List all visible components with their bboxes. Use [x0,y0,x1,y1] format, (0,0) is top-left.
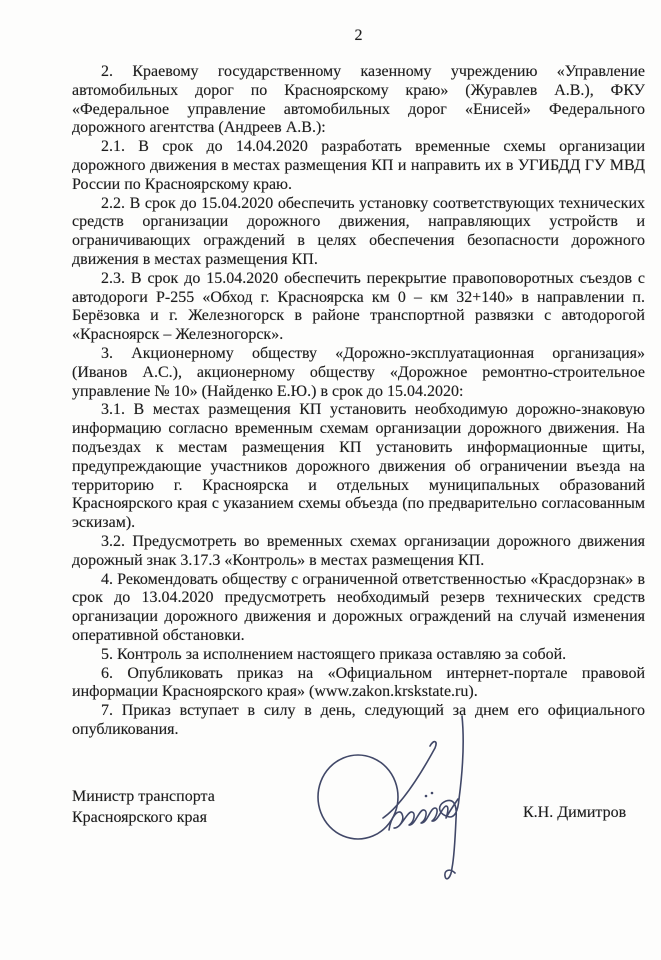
paragraph-5: 5. Контроль за исполнением настоящего пр… [72,646,645,665]
paragraph-4: 4. Рекомендовать обществу с ограниченной… [72,571,645,646]
document-page: 2 2. Краевому государственному казенному… [0,0,661,960]
minister-title-line1: Министр транспорта [72,786,215,807]
paragraph-2-3: 2.3. В срок до 15.04.2020 обеспечить пер… [72,270,645,345]
paragraph-6: 6. Опубликовать приказ на «Официальном и… [72,665,645,703]
paragraph-3-1: 3.1. В местах размещения КП установить н… [72,401,645,533]
paragraph-3-2: 3.2. Предусмотреть во временных схемах о… [72,533,645,571]
signature-ink-dots [425,792,434,798]
signatory-name: К.Н. Димитров [523,804,626,822]
paragraph-2-1: 2.1. В срок до 14.04.2020 разработать вр… [72,138,645,194]
paragraph-2: 2. Краевому государственному казенному у… [72,63,645,138]
minister-title: Министр транспорта Красноярского края [72,786,215,828]
handwritten-signature-icon [313,706,483,896]
paragraph-3: 3. Акционерному обществу «Дорожно-эксплу… [72,345,645,401]
page-number: 2 [72,27,645,45]
signature-ink [318,716,463,879]
document-body: 2. Краевому государственному казенному у… [72,63,645,740]
minister-title-line2: Красноярского края [72,807,215,828]
paragraph-2-2: 2.2. В срок до 15.04.2020 обеспечить уст… [72,195,645,270]
